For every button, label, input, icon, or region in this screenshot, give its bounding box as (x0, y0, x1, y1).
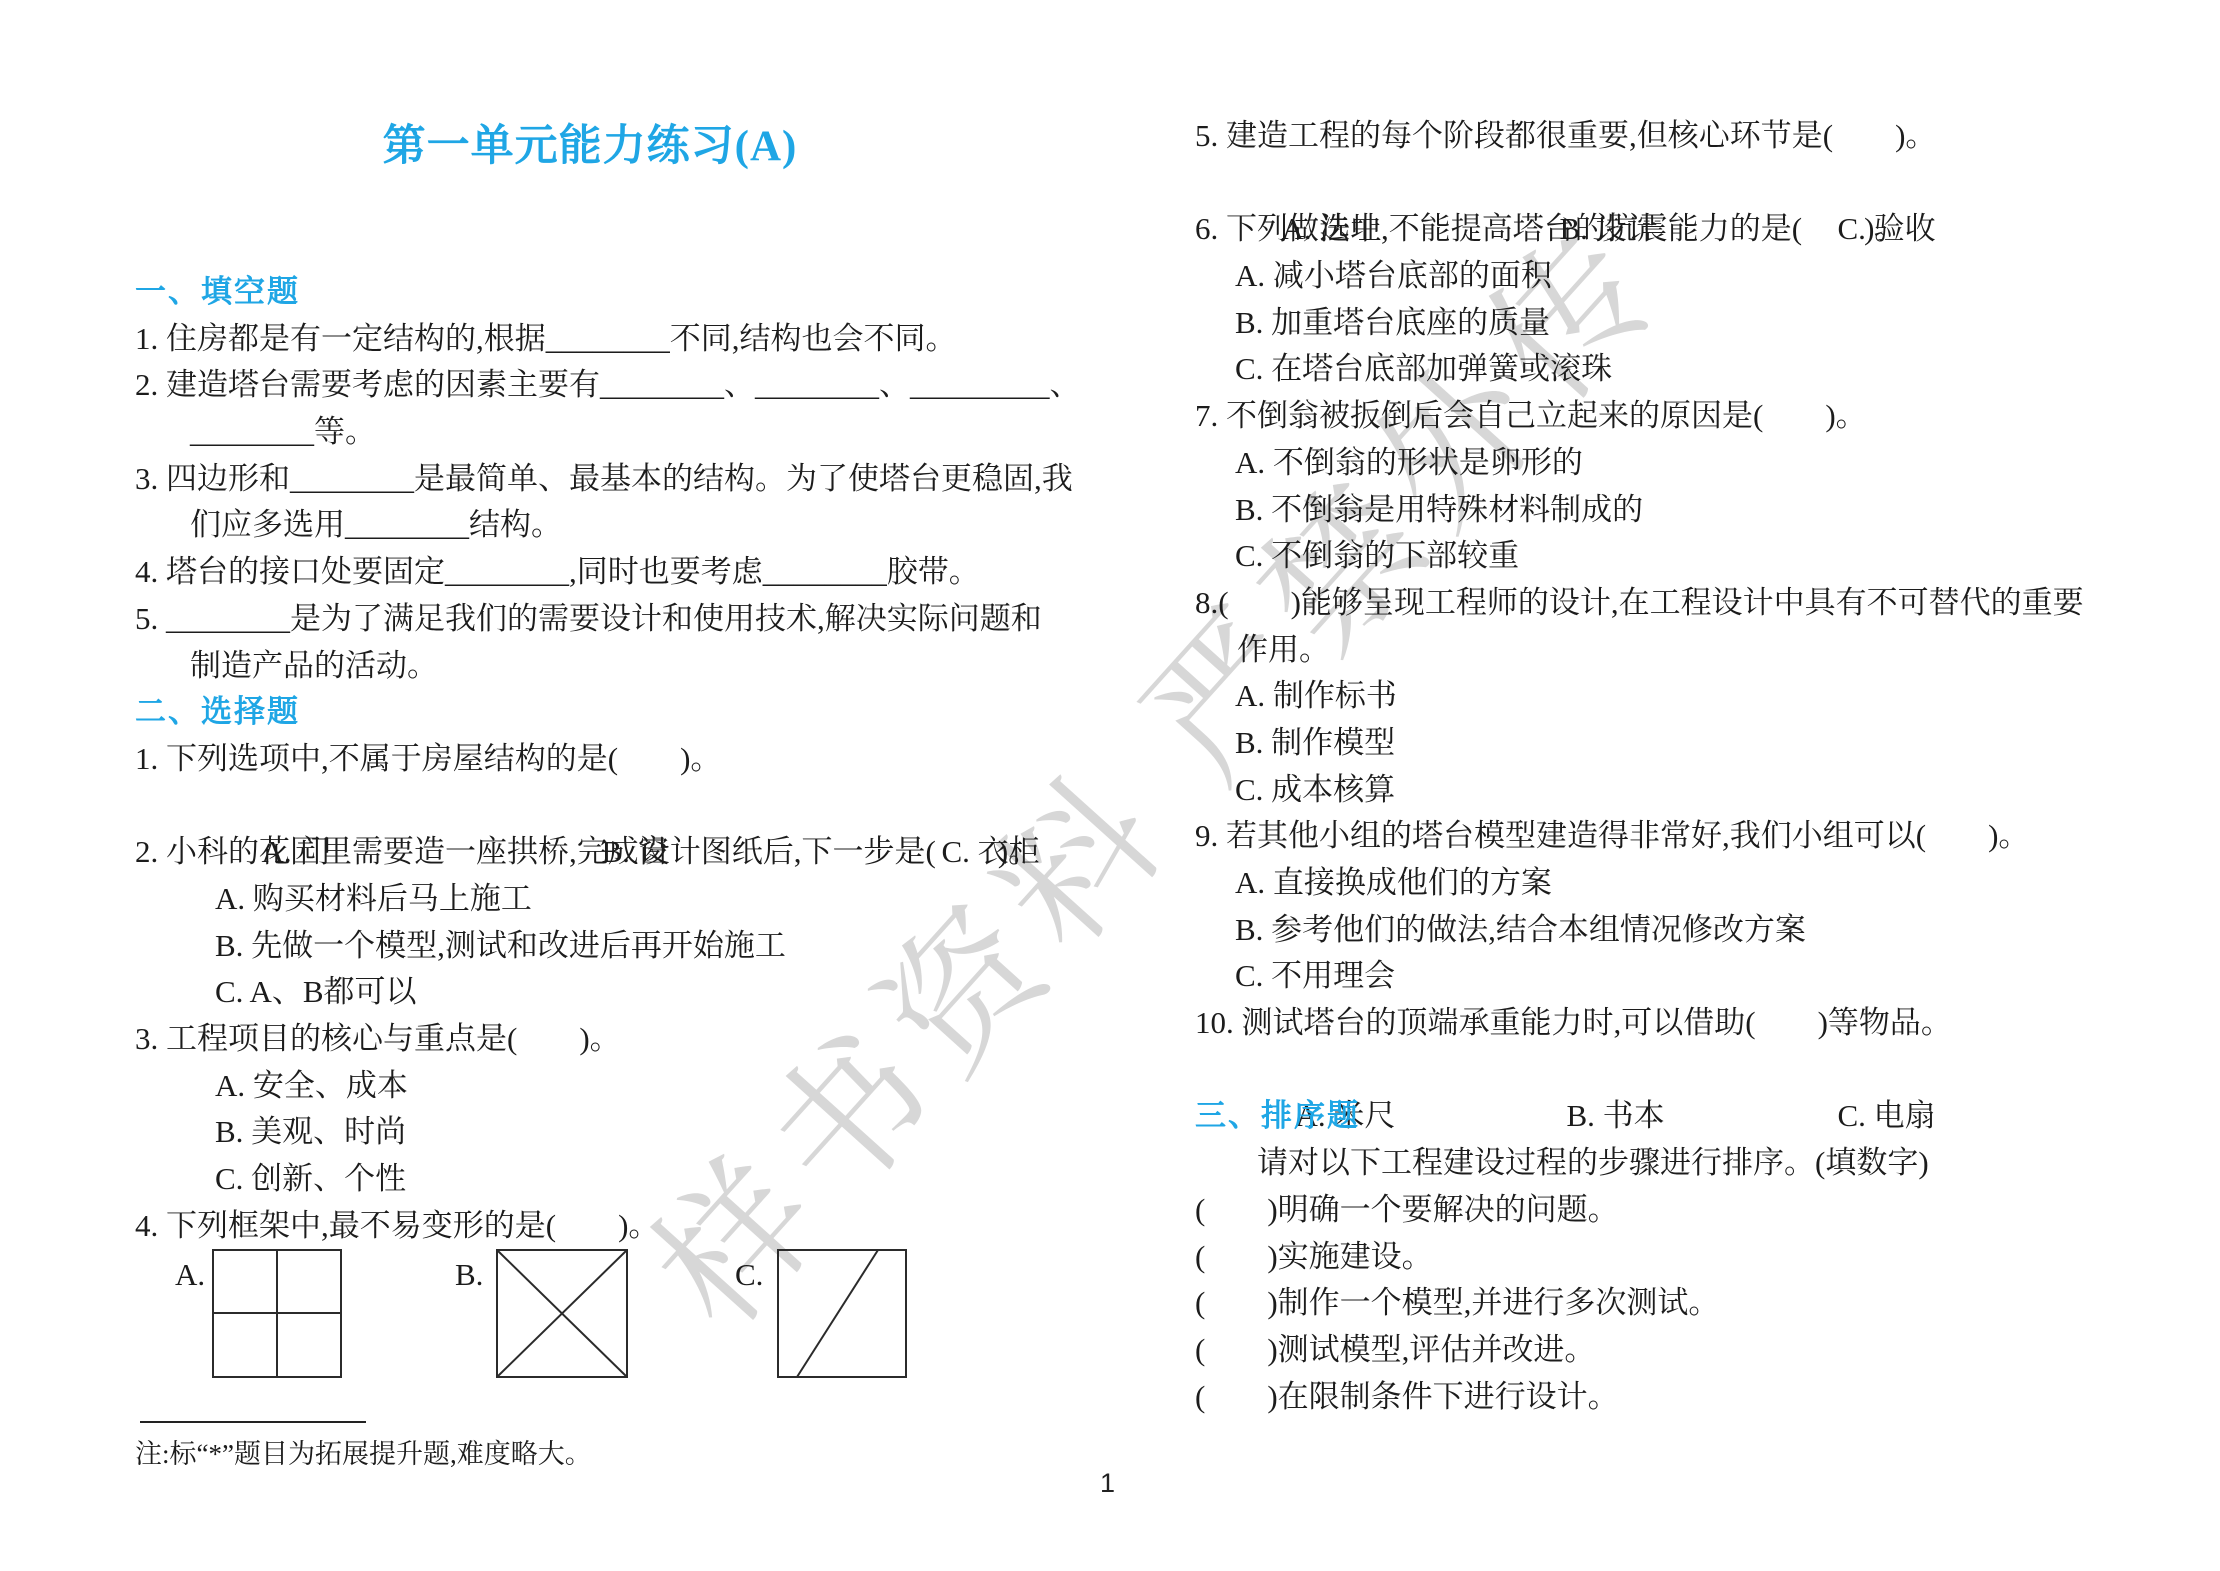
mc8-option-b: B. 制作模型 (1195, 720, 2155, 767)
footnote-divider-line (140, 1421, 366, 1423)
fill-question-2-line2: ________等。 (135, 409, 1070, 456)
mc-question-4: 4. 下列框架中,最不易变形的是( )。 (135, 1203, 1070, 1250)
mc9-option-c: C. 不用理会 (1195, 953, 2155, 1000)
mc-question-1-options: A. 门B. 窗C. 衣柜 (135, 783, 1070, 830)
frame-c-label: C. (735, 1257, 763, 1293)
footnote-text: 注:标“*”题目为拓展提升题,难度略大。 (135, 1432, 592, 1471)
mc6-option-c: C. 在塔台底部加弹簧或滚珠 (1195, 346, 2155, 393)
right-column: 5. 建造工程的每个阶段都很重要,但核心环节是( )。 A. 选址B. 设计C.… (1195, 113, 2155, 1420)
ordering-intro: 请对以下工程建设过程的步骤进行排序。(填数字) (1195, 1140, 2155, 1187)
mc6-option-a: A. 减小塔台底部的面积 (1195, 253, 2155, 300)
fill-question-4: 4. 塔台的接口处要固定________,同时也要考虑________胶带。 (135, 549, 1070, 596)
page-title: 第一单元能力练习(A) (383, 112, 798, 173)
left-column: 一、填空题 1. 住房都是有一定结构的,根据________不同,结构也会不同。… (135, 269, 1070, 1399)
mc3-option-a: A. 安全、成本 (135, 1063, 1070, 1110)
mc10-option-c: C. 电扇 (1838, 1093, 1936, 1140)
mc3-option-b: B. 美观、时尚 (135, 1109, 1070, 1156)
fill-question-5-line1: 5. ________是为了满足我们的需要设计和使用技术,解决实际问题和 (135, 596, 1070, 643)
fill-question-1: 1. 住房都是有一定结构的,根据________不同,结构也会不同。 (135, 316, 1070, 363)
frame-c-single-diagonal-diagram (777, 1249, 907, 1379)
mc8-option-a: A. 制作标书 (1195, 673, 2155, 720)
ordering-item-1: ( )明确一个要解决的问题。 (1195, 1187, 2155, 1234)
mc9-option-b: B. 参考他们的做法,结合本组情况修改方案 (1195, 907, 2155, 954)
ordering-item-3: ( )制作一个模型,并进行多次测试。 (1195, 1280, 2155, 1327)
fill-question-5-line2: 制造产品的活动。 (135, 643, 1070, 690)
mc-question-8-line1: 8.( )能够呈现工程师的设计,在工程设计中具有不可替代的重要 (1195, 580, 2155, 627)
fill-question-2-line1: 2. 建造塔台需要考虑的因素主要有________、________、_____… (135, 362, 1070, 409)
mc9-option-a: A. 直接换成他们的方案 (1195, 860, 2155, 907)
mc-question-5: 5. 建造工程的每个阶段都很重要,但核心环节是( )。 (1195, 113, 2155, 160)
mc2-option-a: A. 购买材料后马上施工 (135, 876, 1070, 923)
page-number: 1 (1100, 1468, 1115, 1499)
ordering-item-4: ( )测试模型,评估并改进。 (1195, 1327, 2155, 1374)
mc4-frame-diagrams: A. B. C. (135, 1249, 1070, 1399)
frame-a-label: A. (175, 1257, 205, 1293)
mc-question-6: 6. 下列做法中,不能提高塔台的抗震能力的是( )。 (1195, 206, 2155, 253)
mc7-option-b: B. 不倒翁是用特殊材料制成的 (1195, 487, 2155, 534)
fill-question-3-line1: 3. 四边形和________是最简单、最基本的结构。为了使塔台更稳固,我 (135, 456, 1070, 503)
mc-question-9: 9. 若其他小组的塔台模型建造得非常好,我们小组可以( )。 (1195, 813, 2155, 860)
section-heading-fill-blanks: 一、填空题 (135, 269, 1070, 316)
mc8-option-c: C. 成本核算 (1195, 767, 2155, 814)
mc-question-1: 1. 下列选项中,不属于房屋结构的是( )。 (135, 736, 1070, 783)
frame-a-cross-grid-diagram (212, 1249, 342, 1379)
mc-question-3: 3. 工程项目的核心与重点是( )。 (135, 1016, 1070, 1063)
ordering-item-2: ( )实施建设。 (1195, 1234, 2155, 1281)
mc-question-10-options: A. 米尺B. 书本C. 电扇 (1195, 1047, 2155, 1094)
mc7-option-c: C. 不倒翁的下部较重 (1195, 533, 2155, 580)
mc6-option-b: B. 加重塔台底座的质量 (1195, 300, 2155, 347)
mc-question-2: 2. 小科的花园里需要造一座拱桥,完成设计图纸后,下一步是( )。 (135, 829, 1070, 876)
mc3-option-c: C. 创新、个性 (135, 1156, 1070, 1203)
fill-question-3-line2: 们应多选用________结构。 (135, 502, 1070, 549)
frame-b-x-diagonals-diagram (496, 1249, 628, 1379)
mc-question-10: 10. 测试塔台的顶端承重能力时,可以借助( )等物品。 (1195, 1000, 2155, 1047)
mc-question-5-options: A. 选址B. 设计C. 验收 (1195, 160, 2155, 207)
frame-b-label: B. (455, 1257, 483, 1293)
ordering-item-5: ( )在限制条件下进行设计。 (1195, 1374, 2155, 1421)
mc7-option-a: A. 不倒翁的形状是卵形的 (1195, 440, 2155, 487)
section-heading-multiple-choice: 二、选择题 (135, 689, 1070, 736)
mc2-option-c: C. A、B都可以 (135, 969, 1070, 1016)
mc-question-7: 7. 不倒翁被扳倒后会自己立起来的原因是( )。 (1195, 393, 2155, 440)
worksheet-page: 样书资料 严禁外传 第一单元能力练习(A) 一、填空题 1. 住房都是有一定结构… (0, 0, 2220, 1571)
mc10-option-b: B. 书本 (1567, 1093, 1838, 1140)
mc-question-8-line2: 作用。 (1195, 627, 2155, 674)
mc2-option-b: B. 先做一个模型,测试和改进后再开始施工 (135, 923, 1070, 970)
